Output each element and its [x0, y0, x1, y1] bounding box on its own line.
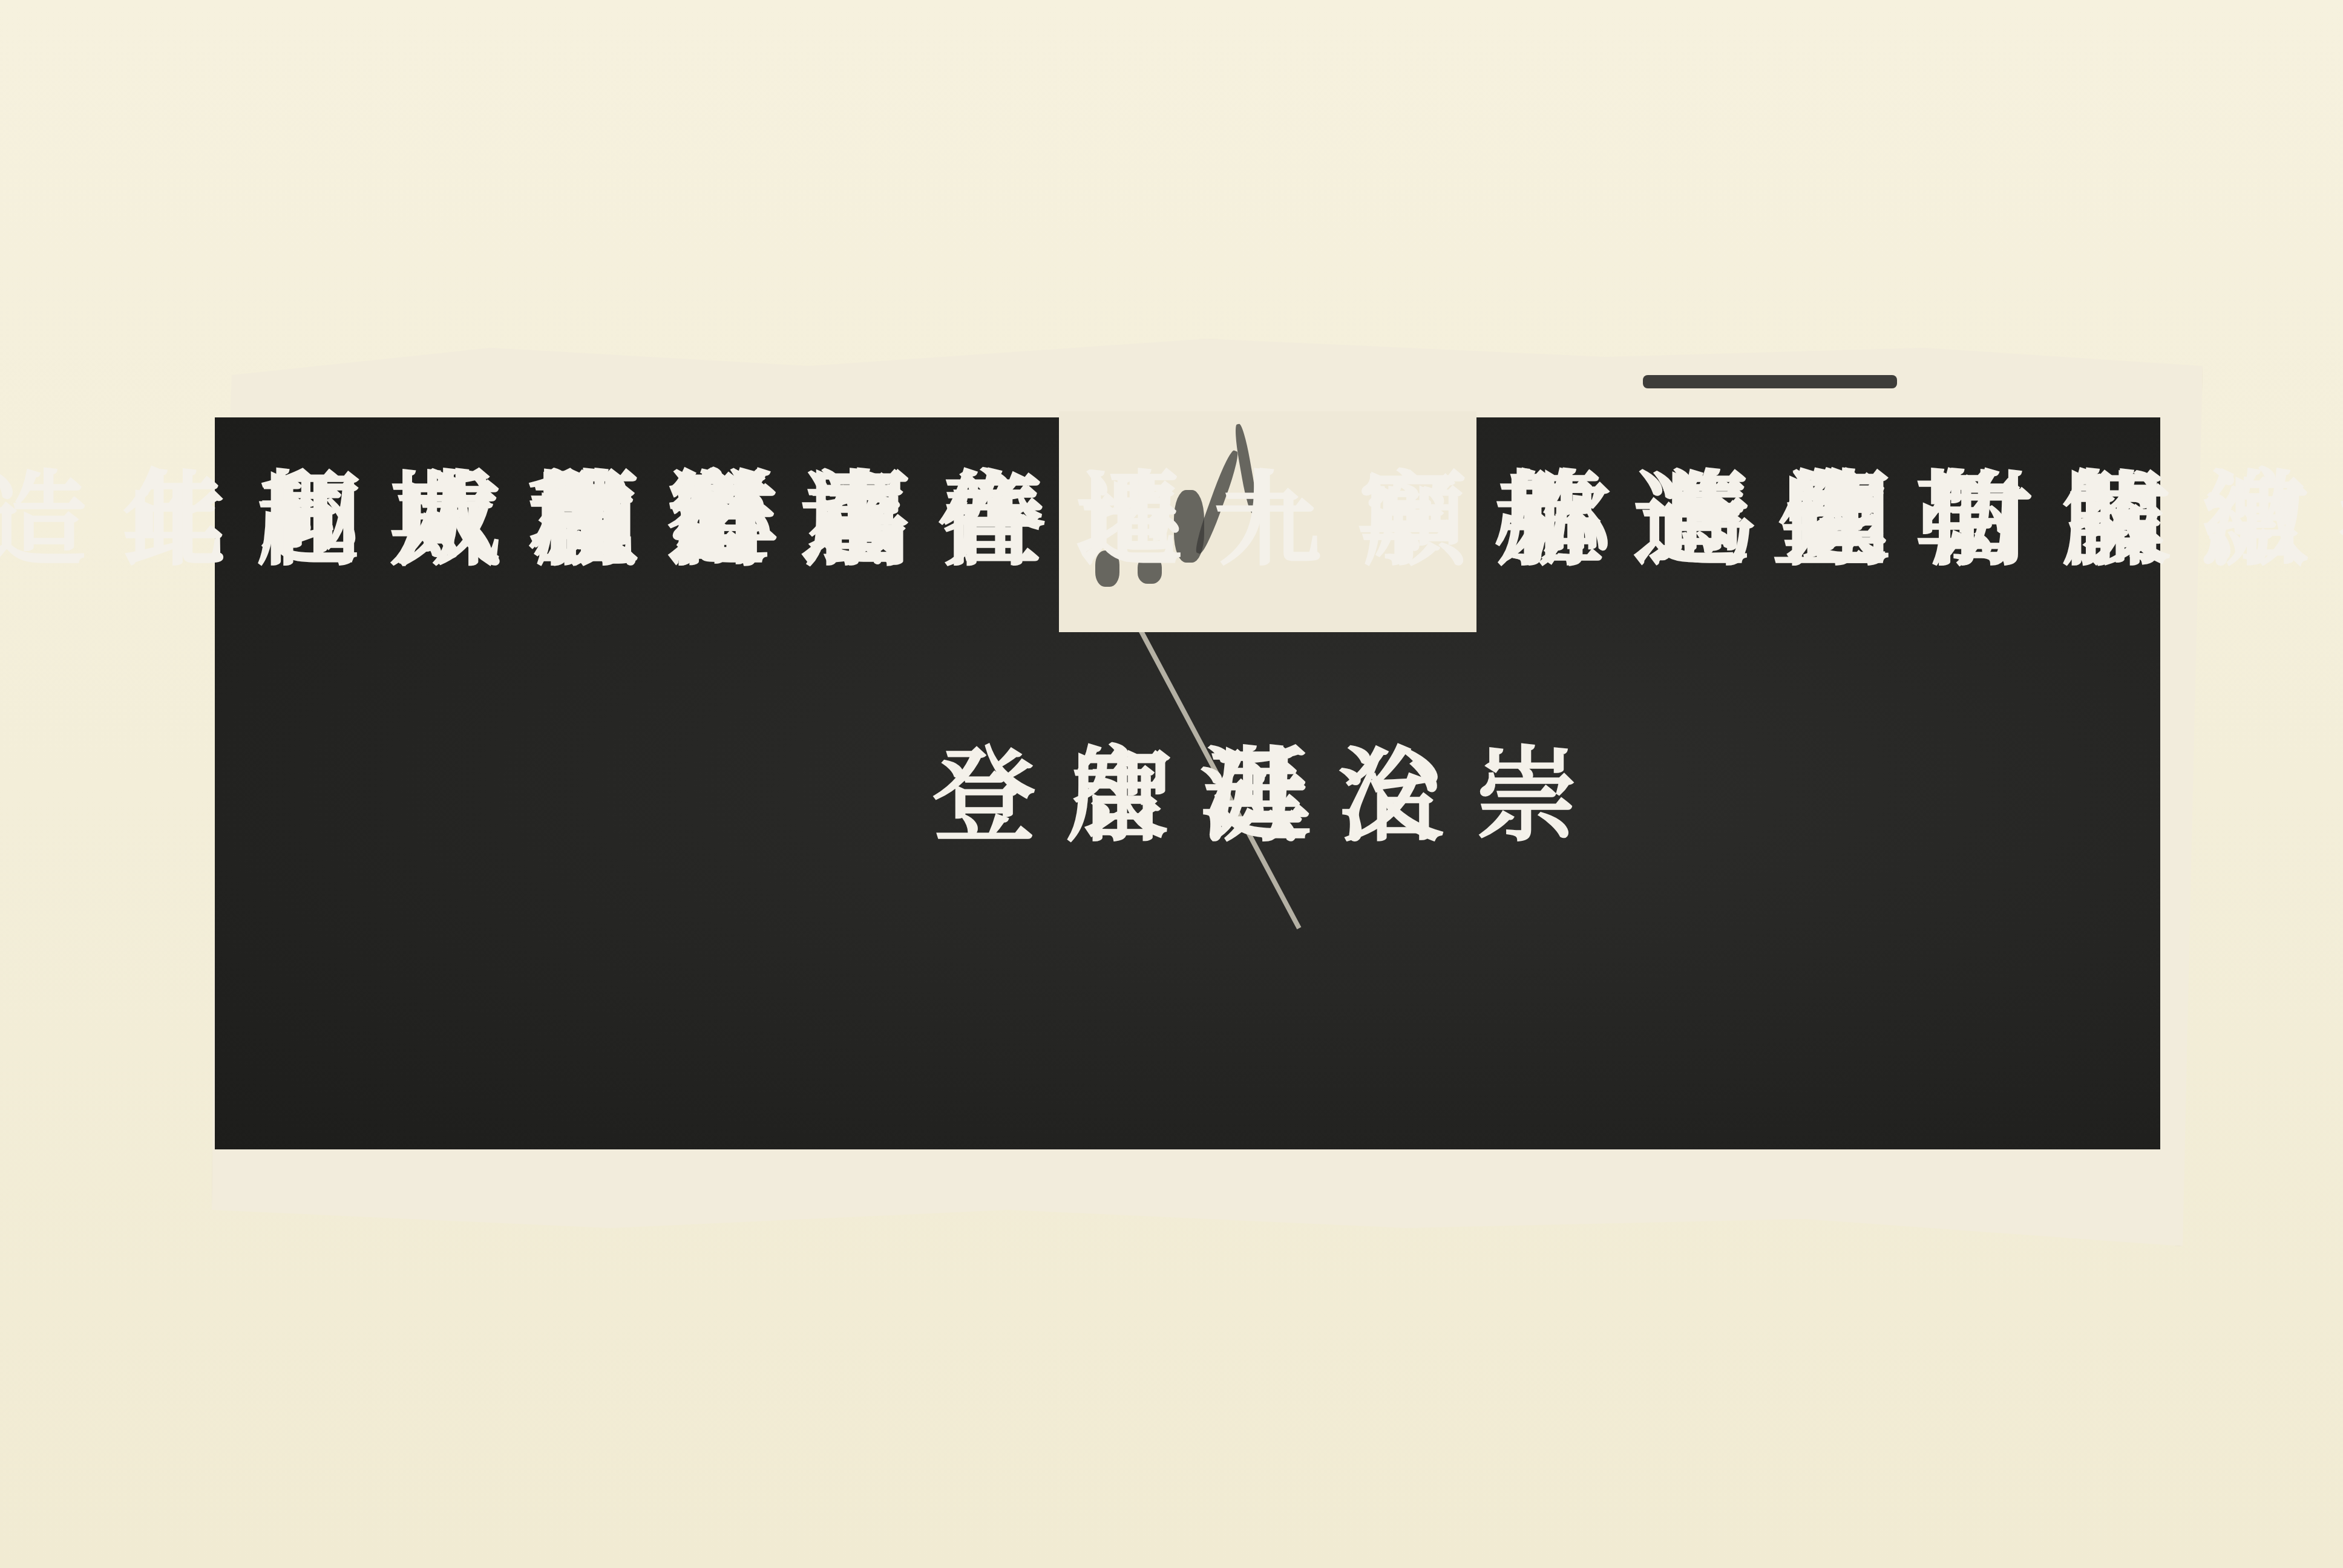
column-text: 願太和年造: [0, 448, 647, 586]
column-text: 延智登: [906, 724, 1320, 861]
ink-mark: [1643, 375, 1897, 388]
inscription-column-5: 皇道赫寧九: [1476, 448, 1597, 586]
inscription-column-8: 延智登: [1053, 724, 1174, 861]
inscription-column-14: 願太和年造: [242, 448, 363, 586]
